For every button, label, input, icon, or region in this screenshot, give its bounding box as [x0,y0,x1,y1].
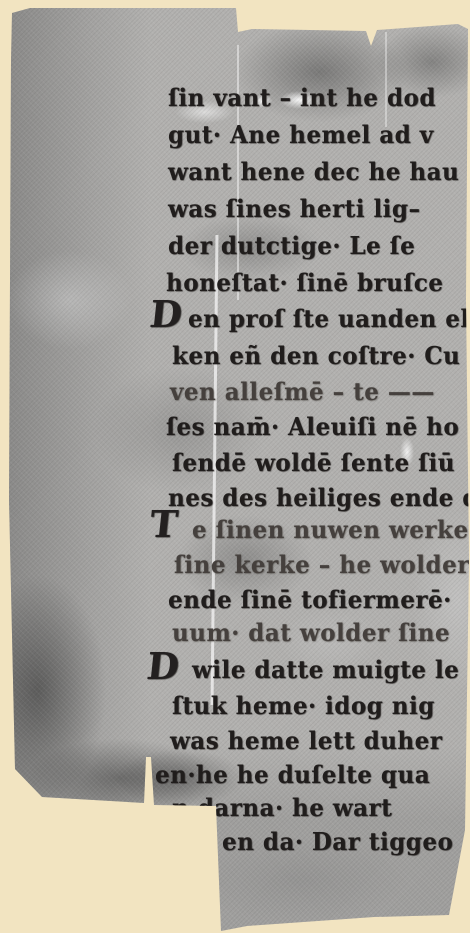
manuscript-text-line: en da· Dar tiggeo [222,830,453,854]
manuscript-fragment-photo: ſin vant – int he dodgut· Ane hemel ad v… [0,0,470,933]
manuscript-text-line: want hene dec he hau [168,160,459,184]
manuscript-text-line: gut· Ane hemel ad v [168,123,434,147]
manuscript-text-line: ken eñ den coſtre· Cu [172,344,460,368]
illuminated-initial: T [148,506,179,543]
manuscript-text-line: ſine kerke – he wolder g [174,553,470,577]
manuscript-text-line: ven alleſmē – te —— [170,380,435,404]
manuscript-text-line: was ſines herti lig– [168,197,421,221]
manuscript-text-line: e ſinen nuwen werke [192,518,469,542]
manuscript-text-line: en proſ ſte uanden el [188,307,470,331]
manuscript-text-line: uum· dat wolder ſine [172,621,450,645]
manuscript-text-line: en·he he duſelte qua [155,763,430,787]
manuscript-text-line: ende ſinē tofiermerē· [168,588,452,612]
manuscript-text-line: der dutctige· Le ſe [168,234,415,258]
illuminated-initial: D [148,296,184,333]
book-plate-page: ſin vant – int he dodgut· Ane hemel ad v… [0,0,470,933]
manuscript-text-line: ſendē woldē ſente ſiū [172,451,455,475]
manuscript-text-line: was heme lett duher [170,729,442,753]
manuscript-text-line: ſes nam̄· Aleuiſi nē ho [166,415,459,439]
manuscript-text-line: honeſtat· ſinē bruſce [166,271,443,295]
manuscript-text-line: –n darna· he wart [160,796,392,820]
manuscript-text-line: wile datte muigte le [192,658,459,682]
manuscript-text-line: ſtuk heme· idog nig [172,694,435,718]
manuscript-text-line: ſin vant – int he dod [168,86,436,110]
manuscript-text-line: nes des heiliges ende d [168,486,470,510]
parchment-crease [385,32,387,127]
illuminated-initial: D [145,648,181,685]
